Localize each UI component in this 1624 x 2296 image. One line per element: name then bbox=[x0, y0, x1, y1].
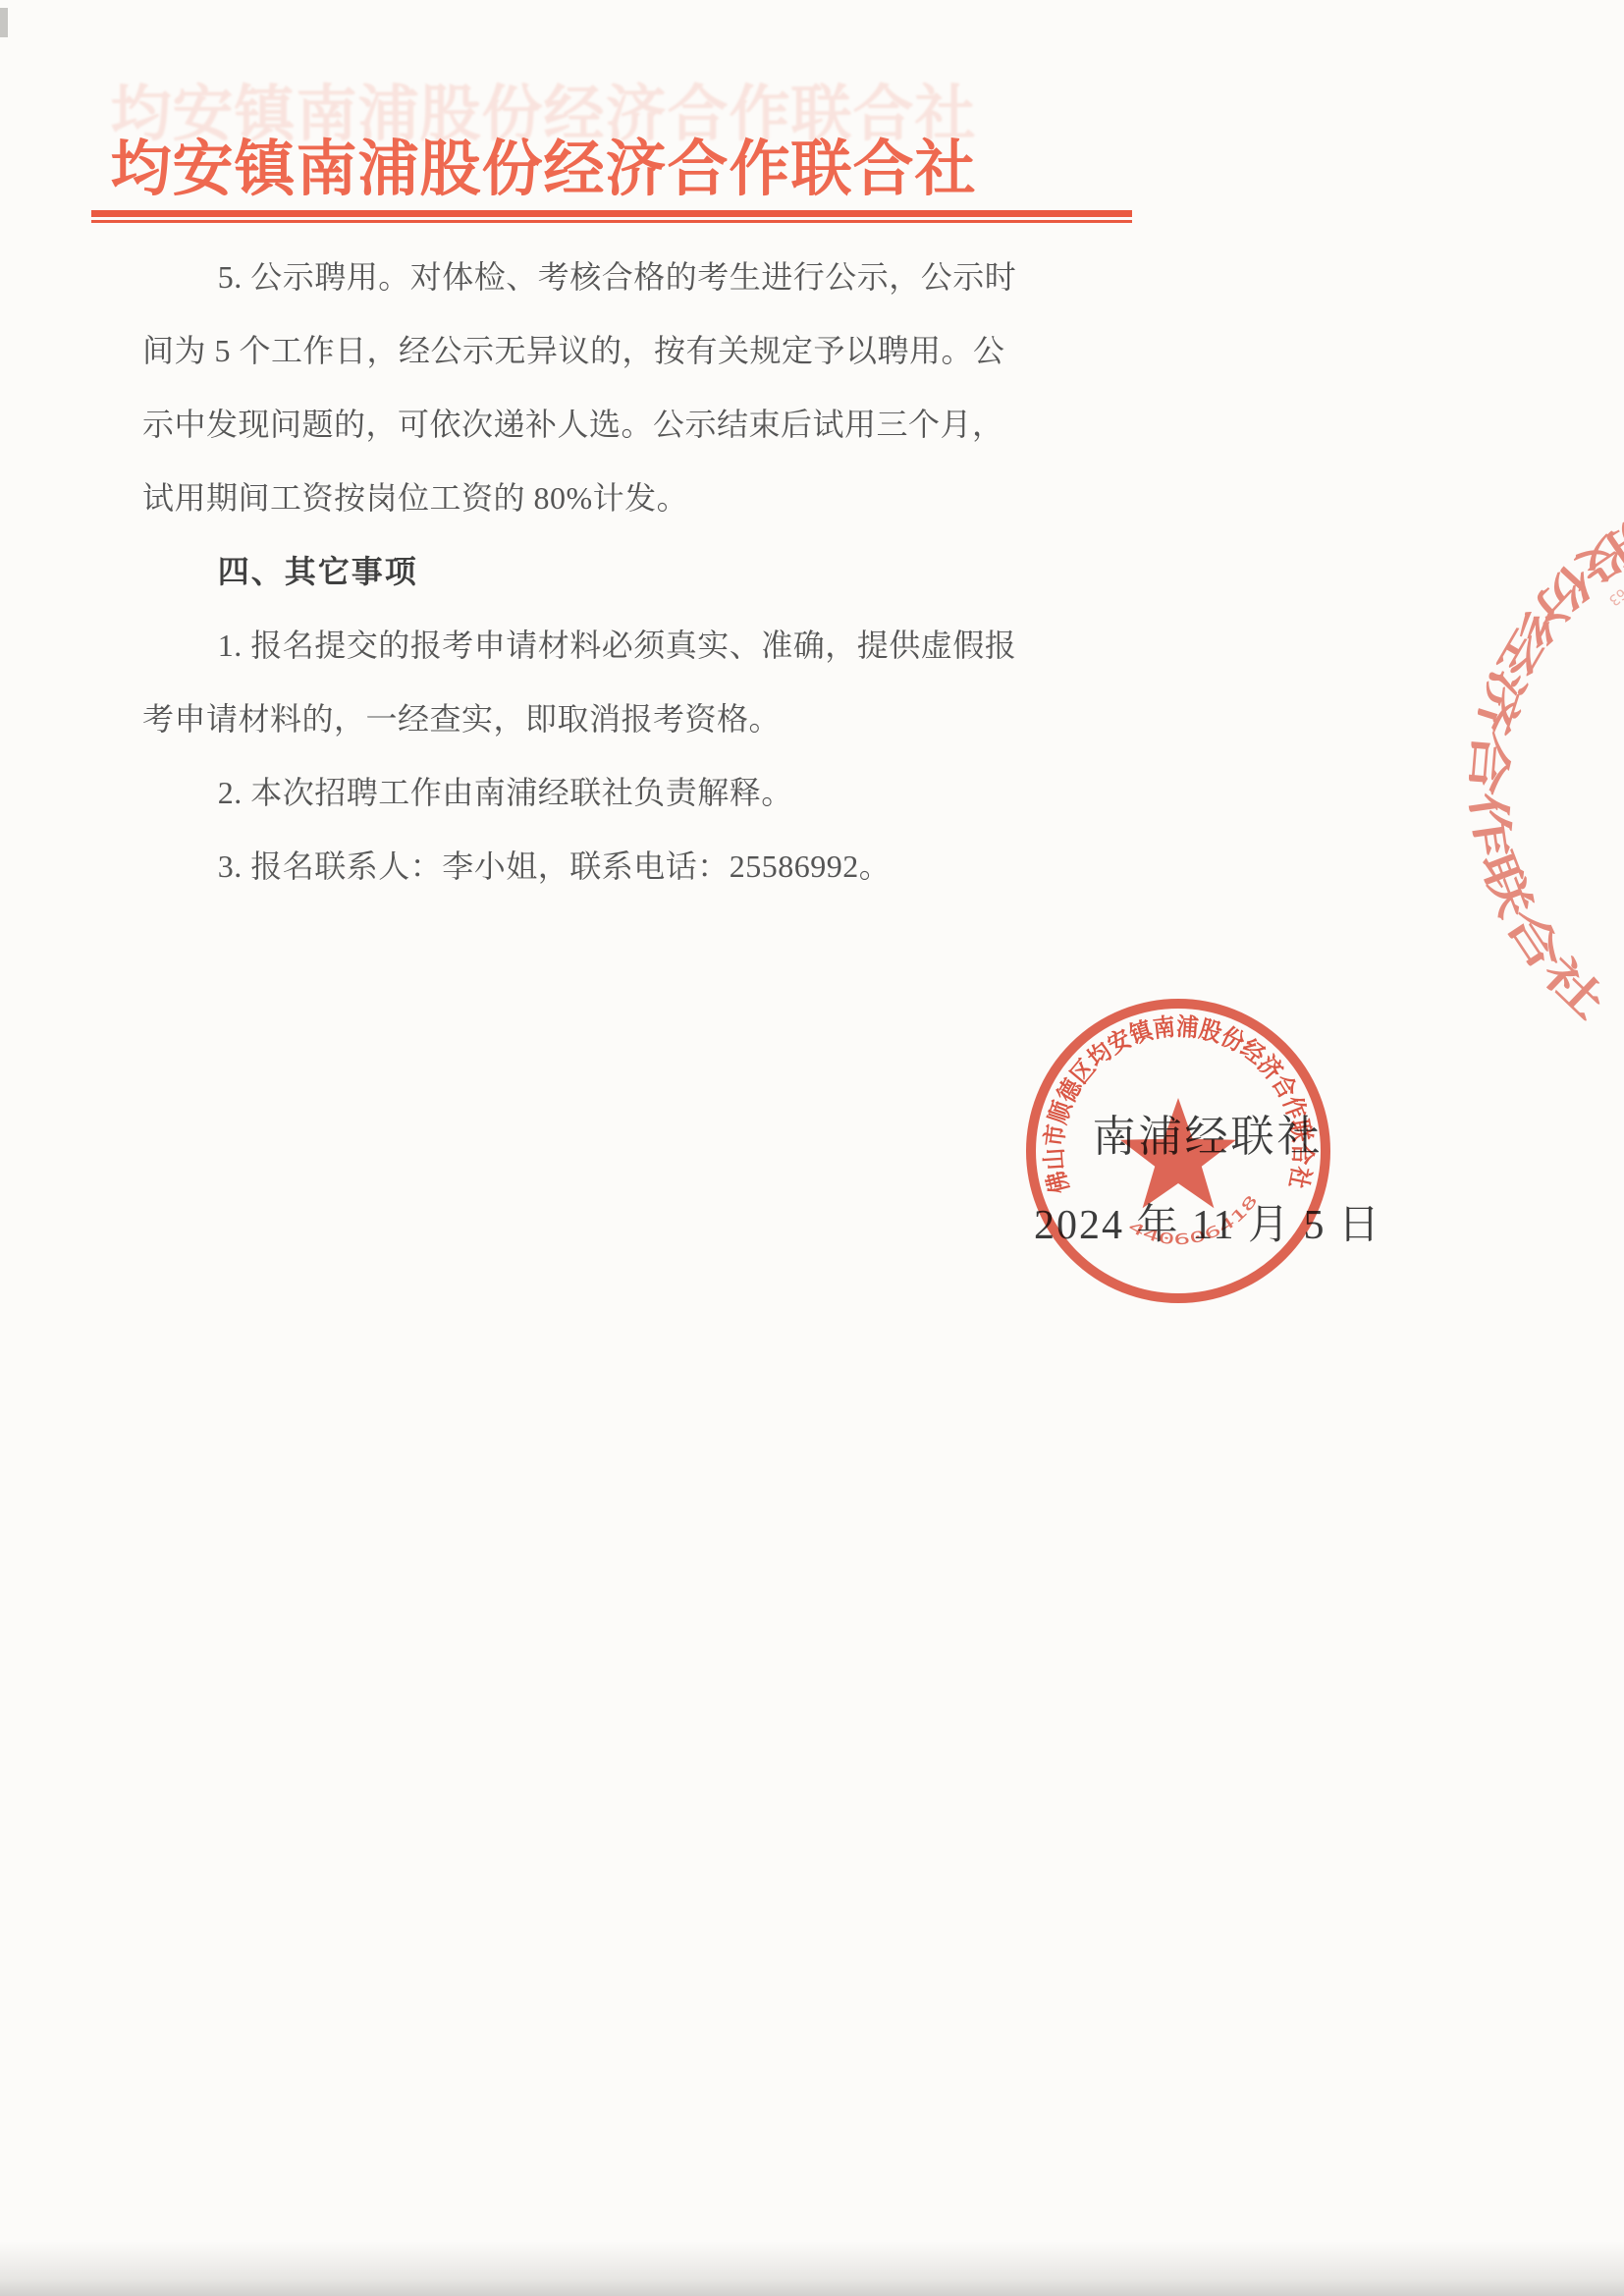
scanned-document-page: 均安镇南浦股份经济合作联合社 均安镇南浦股份经济合作联合社 5. 公示聘用。对体… bbox=[0, 0, 1624, 2296]
body-line: 示中发现问题的，可依次递补人选。公示结束后试用三个月， bbox=[142, 388, 995, 462]
partial-seal-stamp: 股份经济合作联合社 1803763 bbox=[1408, 491, 1624, 1080]
body-line: 3. 报名联系人：李小姐，联系电话：25586992。 bbox=[142, 830, 995, 903]
letterhead-title: 均安镇南浦股份经济合作联合社 bbox=[93, 120, 994, 207]
body-line: 2. 本次招聘工作由南浦经联社负责解释。 bbox=[142, 756, 995, 830]
document-body: 5. 公示聘用。对体检、考核合格的考生进行公示，公示时 间为 5 个工作日，经公… bbox=[142, 241, 995, 903]
scan-edge-mark bbox=[0, 8, 8, 37]
body-line: 1. 报名提交的报考申请材料必须真实、准确，提供虚假报 bbox=[142, 609, 995, 683]
body-line: 试用期间工资按岗位工资的 80%计发。 bbox=[142, 462, 995, 535]
body-line: 间为 5 个工作日，经公示无异议的，按有关规定予以聘用。公 bbox=[142, 314, 995, 388]
body-line: 5. 公示聘用。对体检、考核合格的考生进行公示，公示时 bbox=[142, 241, 995, 314]
letterhead: 均安镇南浦股份经济合作联合社 bbox=[93, 120, 994, 207]
section-heading: 四、其它事项 bbox=[142, 535, 995, 609]
scan-bottom-shading bbox=[0, 2241, 1624, 2296]
seal-star-icon bbox=[1120, 1098, 1236, 1208]
official-seal-stamp: 佛山市顺德区均安镇南浦股份经济合作联合社 4406064180376 bbox=[1011, 984, 1345, 1318]
letterhead-rule-thin bbox=[91, 220, 1132, 223]
partial-seal-ring-text: 股份经济合作联合社 bbox=[1461, 516, 1624, 1028]
body-line: 考申请材料的，一经查实，即取消报考资格。 bbox=[142, 683, 995, 756]
letterhead-rule-thick bbox=[91, 210, 1132, 217]
